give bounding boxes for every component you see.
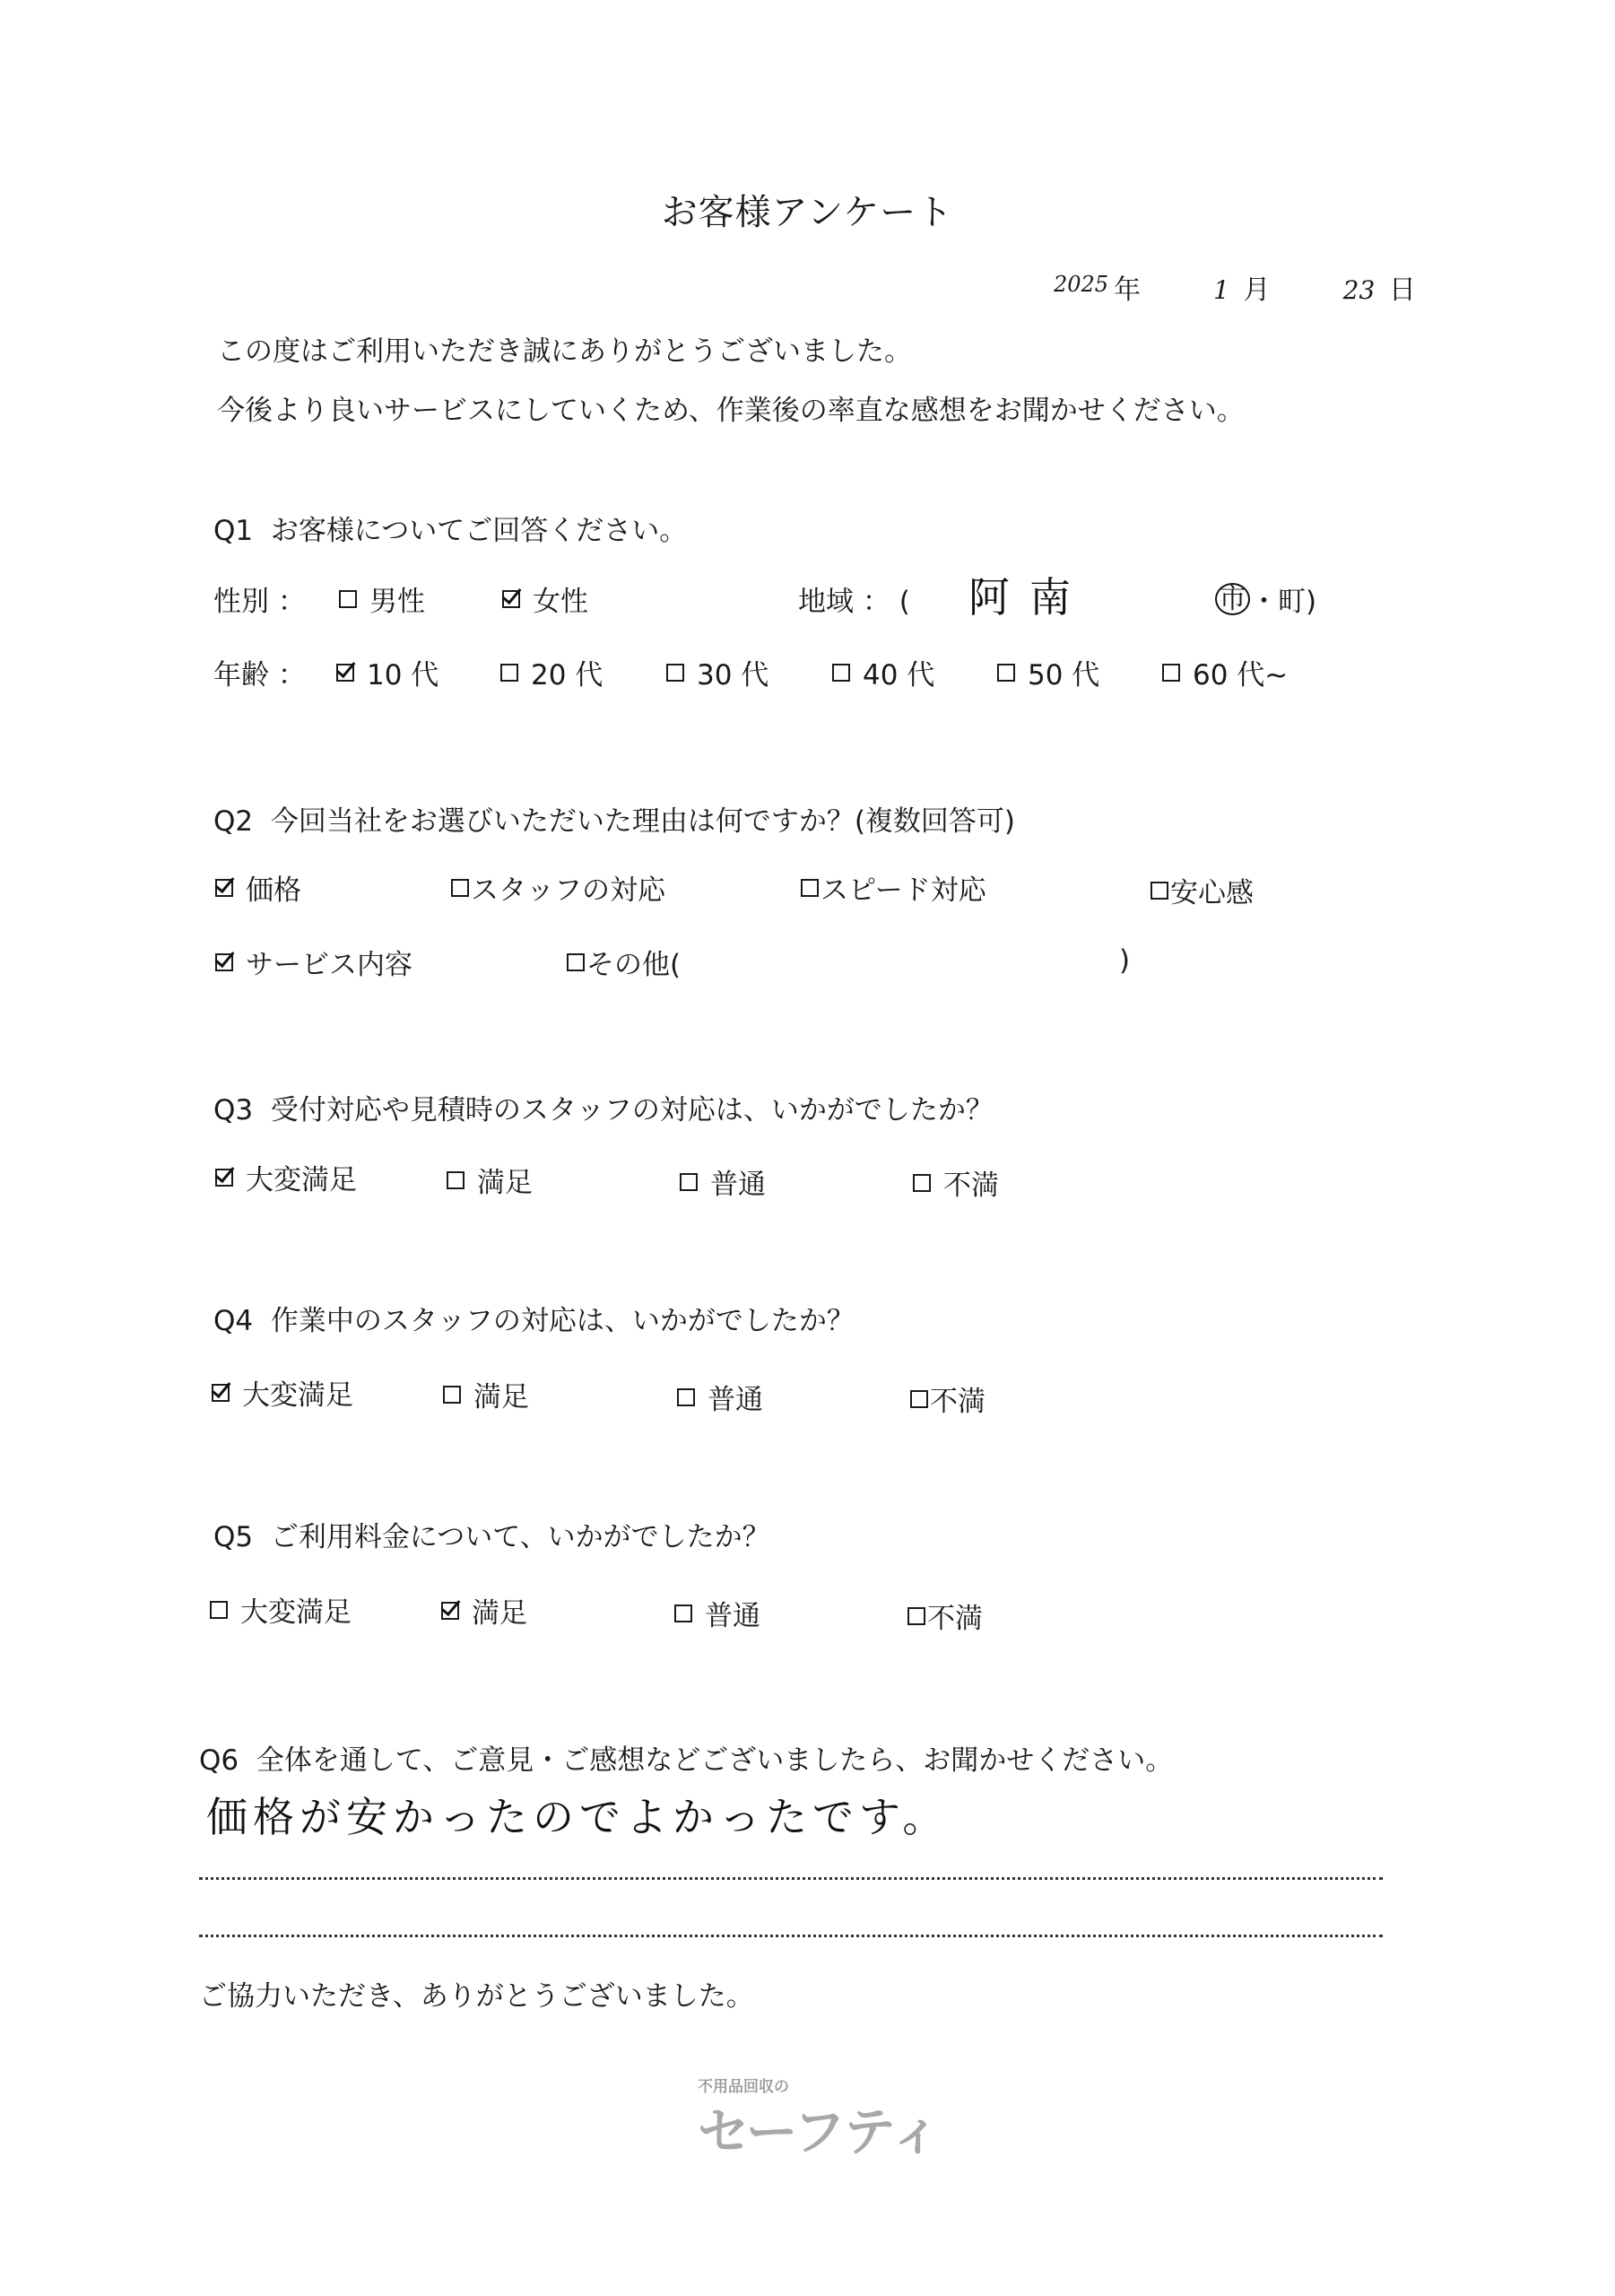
option-label: 不満: [927, 1596, 983, 1636]
q3-option-normal[interactable]: 普通: [680, 1161, 766, 1202]
option-label: 価格: [246, 867, 301, 908]
region-label: 地域 ： (: [798, 578, 910, 619]
option-label: 普通: [710, 1161, 766, 1202]
age-option-60s[interactable]: 60 代~: [1162, 652, 1288, 692]
option-label: 満足: [477, 1160, 533, 1200]
checkbox-40s[interactable]: [832, 664, 850, 682]
checkbox-staff[interactable]: [451, 879, 469, 897]
year-label: 年: [1114, 274, 1141, 306]
q5-text: ご利用料金について、いかがでしたか？: [271, 1521, 770, 1553]
option-label: その他(: [586, 942, 681, 982]
option-label: 50 代: [1028, 652, 1099, 692]
q6-text: 全体を通して、ご意見・ご感想などございましたら、お聞かせください。: [256, 1744, 1173, 1777]
checkbox-service[interactable]: [215, 953, 233, 971]
q2-heading: Q2 今回当社をお選びいただいた理由は何ですか？(複数回答可): [213, 798, 1015, 839]
q3-option-very-satisfied[interactable]: 大変満足: [215, 1157, 357, 1197]
checkbox-male[interactable]: [339, 590, 357, 608]
age-option-10s[interactable]: 10 代: [336, 652, 438, 692]
q5-label: Q5: [213, 1521, 253, 1553]
checkbox-dissatisfied[interactable]: [907, 1607, 925, 1625]
q2-option-service[interactable]: サービス内容: [215, 942, 412, 982]
q5-option-very-satisfied[interactable]: 大変満足: [210, 1589, 352, 1630]
age-option-30s[interactable]: 30 代: [666, 652, 768, 692]
option-label: 60 代~: [1193, 652, 1288, 692]
region-type[interactable]: 市・町): [1215, 578, 1316, 619]
region-town[interactable]: 町): [1278, 578, 1316, 619]
region-city-selected[interactable]: 市: [1215, 583, 1250, 615]
survey-title: お客様アンケート: [0, 184, 1615, 235]
checkbox-very-satisfied[interactable]: [215, 1169, 233, 1187]
checkbox-speed[interactable]: [801, 879, 819, 897]
checkbox-satisfied[interactable]: [443, 1386, 461, 1404]
option-label: 安心感: [1170, 870, 1254, 910]
date-year[interactable]: 2025: [1054, 272, 1108, 297]
checkbox-dissatisfied[interactable]: [913, 1174, 931, 1192]
option-label: 大変満足: [242, 1372, 353, 1413]
checkbox-security[interactable]: [1150, 882, 1168, 900]
q3-heading: Q3 受付対応や見積時のスタッフの対応は、いかがでしたか？: [213, 1087, 994, 1127]
option-label: 40 代: [863, 652, 934, 692]
checkbox-60s[interactable]: [1162, 664, 1180, 682]
q5-option-satisfied[interactable]: 満足: [441, 1590, 527, 1631]
q2-option-security[interactable]: 安心感: [1150, 870, 1254, 910]
q6-heading: Q6 全体を通して、ご意見・ご感想などございましたら、お聞かせください。: [199, 1737, 1173, 1778]
q4-option-very-satisfied[interactable]: 大変満足: [212, 1372, 353, 1413]
answer-line-1: [199, 1877, 1383, 1880]
checkbox-normal[interactable]: [680, 1173, 698, 1191]
option-label: 満足: [473, 1374, 529, 1414]
option-label: 大変満足: [246, 1157, 357, 1197]
q3-label: Q3: [213, 1094, 253, 1126]
month-label: 月: [1244, 274, 1271, 306]
q1-text: お客様についてご回答ください。: [271, 515, 687, 547]
q2-option-staff[interactable]: スタッフの対応: [451, 867, 665, 908]
age-label: 年齢 ：: [213, 652, 306, 692]
q5-option-dissatisfied[interactable]: 不満: [907, 1596, 983, 1636]
q4-text: 作業中のスタッフの対応は、いかがでしたか？: [271, 1305, 855, 1337]
checkbox-very-satisfied[interactable]: [210, 1601, 228, 1619]
q4-label: Q4: [213, 1305, 253, 1337]
checkbox-normal[interactable]: [677, 1388, 695, 1406]
q2-option-price[interactable]: 価格: [215, 867, 301, 908]
checkbox-other[interactable]: [567, 953, 585, 971]
q3-text: 受付対応や見積時のスタッフの対応は、いかがでしたか？: [271, 1094, 994, 1126]
option-label: 普通: [708, 1377, 763, 1417]
age-option-20s[interactable]: 20 代: [500, 652, 603, 692]
q5-heading: Q5 ご利用料金について、いかがでしたか？: [213, 1514, 770, 1554]
checkbox-30s[interactable]: [666, 664, 684, 682]
q6-label: Q6: [199, 1744, 239, 1777]
checkbox-female[interactable]: [502, 590, 520, 608]
q2-label: Q2: [213, 805, 253, 838]
q1-heading: Q1 お客様についてご回答ください。: [213, 508, 687, 548]
q1-label: Q1: [213, 515, 253, 547]
q4-option-dissatisfied[interactable]: 不満: [910, 1378, 985, 1419]
option-label: 満足: [472, 1590, 527, 1631]
date-day[interactable]: 23: [1343, 275, 1376, 305]
checkbox-20s[interactable]: [500, 664, 518, 682]
checkbox-50s[interactable]: [997, 664, 1015, 682]
option-label: 大変満足: [240, 1589, 352, 1630]
checkbox-very-satisfied[interactable]: [212, 1384, 230, 1402]
age-option-50s[interactable]: 50 代: [997, 652, 1099, 692]
q6-answer[interactable]: 価格が安かったのでよかったです。: [206, 1785, 949, 1844]
region-value[interactable]: 阿南: [968, 565, 1090, 624]
region-separator: ・: [1250, 578, 1278, 619]
q2-other-close: ): [1119, 944, 1130, 977]
option-label: 30 代: [697, 652, 768, 692]
intro-line-1: この度はご利用いただき誠にありがとうございました。: [217, 328, 912, 369]
option-label: 女性: [533, 578, 588, 619]
company-logo: セーフティ: [698, 2090, 940, 2165]
answer-line-2: [199, 1935, 1383, 1937]
checkbox-satisfied[interactable]: [441, 1602, 459, 1620]
q2-text: 今回当社をお選びいただいた理由は何ですか？(複数回答可): [271, 805, 1015, 838]
option-label: 不満: [943, 1162, 999, 1203]
option-label: 20 代: [531, 652, 603, 692]
option-label: サービス内容: [246, 942, 412, 982]
option-label: スタッフの対応: [471, 867, 665, 908]
checkbox-dissatisfied[interactable]: [910, 1390, 928, 1408]
closing-message: ご協力いただき、ありがとうございました。: [199, 1973, 754, 2013]
checkbox-normal[interactable]: [674, 1605, 692, 1622]
gender-option-female[interactable]: 女性: [502, 578, 588, 619]
option-label: 10 代: [367, 652, 438, 692]
option-label: 男性: [369, 578, 425, 619]
option-label: 不満: [930, 1378, 985, 1419]
age-option-40s[interactable]: 40 代: [832, 652, 934, 692]
q3-option-satisfied[interactable]: 満足: [447, 1160, 533, 1200]
option-label: スピード対応: [821, 867, 986, 908]
day-label: 日: [1389, 274, 1416, 306]
option-label: 普通: [705, 1593, 760, 1633]
q4-option-normal[interactable]: 普通: [677, 1377, 763, 1417]
q3-option-dissatisfied[interactable]: 不満: [913, 1162, 999, 1203]
gender-option-male[interactable]: 男性: [339, 578, 425, 619]
q2-option-other[interactable]: その他(: [567, 942, 681, 982]
gender-label: 性別 ：: [213, 578, 306, 619]
checkbox-10s[interactable]: [336, 664, 354, 682]
checkbox-price[interactable]: [215, 879, 233, 897]
q4-heading: Q4 作業中のスタッフの対応は、いかがでしたか？: [213, 1298, 855, 1338]
q5-option-normal[interactable]: 普通: [674, 1593, 760, 1633]
intro-line-2: 今後より良いサービスにしていくため、作業後の率直な感想をお聞かせください。: [217, 387, 1245, 428]
q4-option-satisfied[interactable]: 満足: [443, 1374, 529, 1414]
checkbox-satisfied[interactable]: [447, 1171, 465, 1189]
date-field: 2025年 1 月 23 日: [1054, 267, 1421, 307]
date-month[interactable]: 1: [1213, 275, 1229, 305]
q2-option-speed[interactable]: スピード対応: [801, 867, 986, 908]
